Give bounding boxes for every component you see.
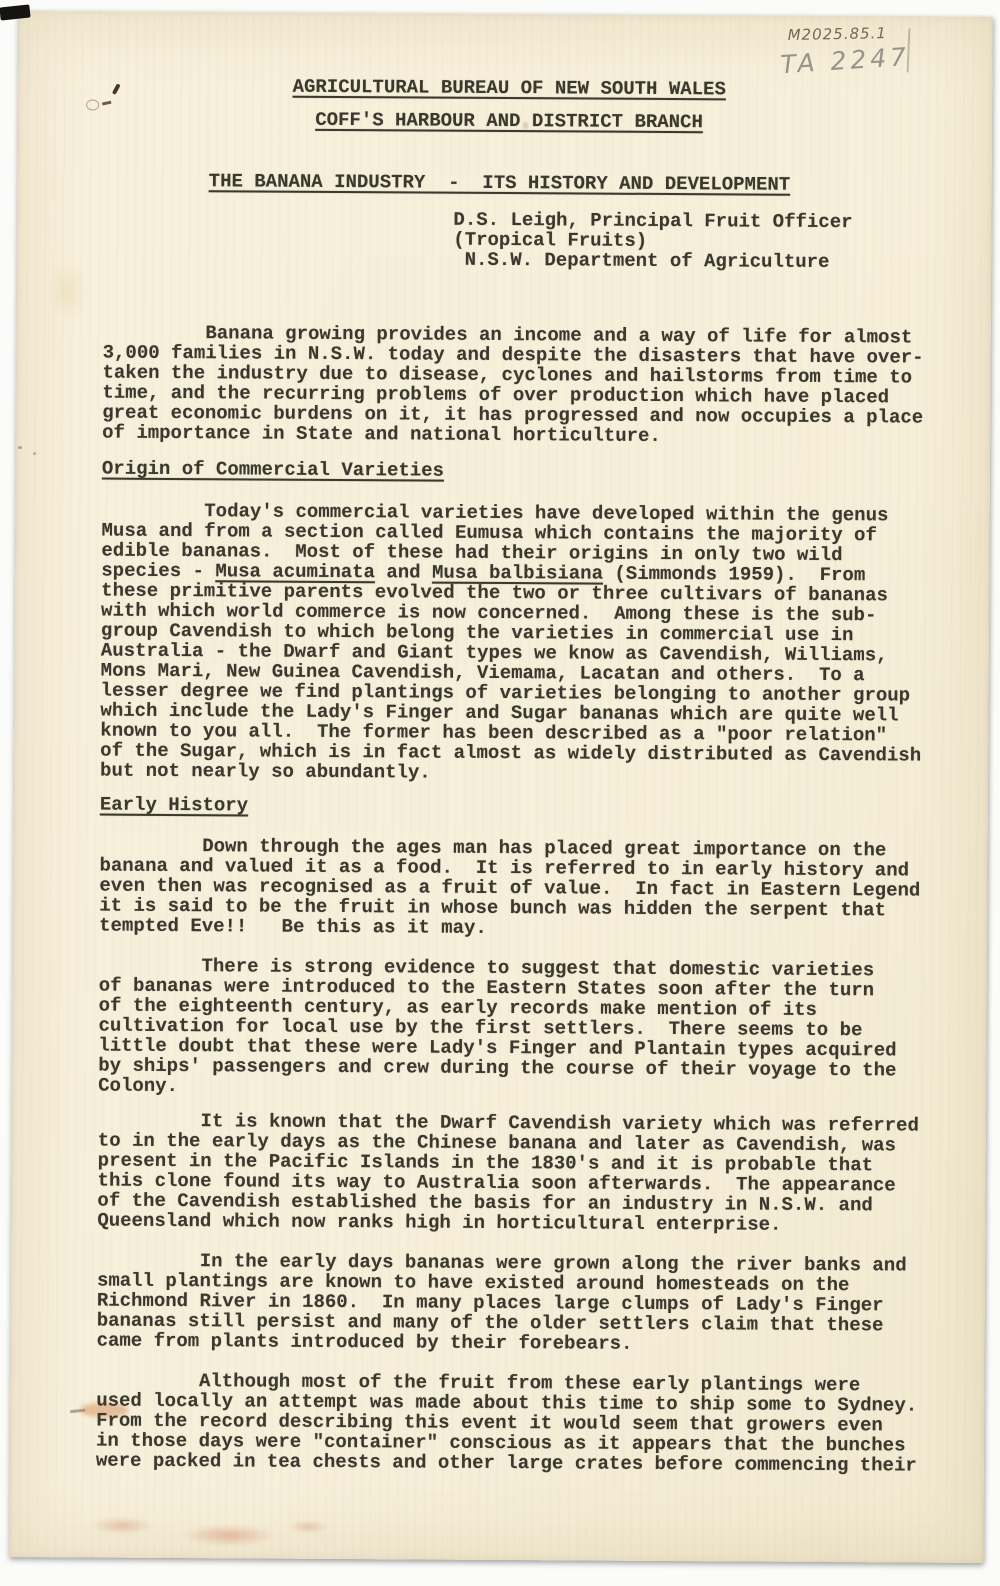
paragraph-intro: Banana growing provides an income and a … — [102, 323, 953, 448]
scan-background: { "annotations": { "catalog_number": "M2… — [0, 0, 1000, 1586]
paragraph-early-history-2: There is strong evidence to suggest that… — [98, 956, 949, 1101]
paragraph-origin-text: (Simmonds 1959). From these primitive pa… — [100, 563, 921, 784]
paragraph-early-history-1: Down through the ages man has placed gre… — [99, 836, 950, 941]
author-byline: D.S. Leigh, Principal Fruit Officer (Tro… — [453, 210, 953, 273]
organisation-name: AGRICULTURAL BUREAU OF NEW SOUTH WALES — [104, 76, 914, 101]
section-heading-origin-text: Origin of Commercial Varieties — [102, 458, 444, 482]
paragraph-origin-text: and — [375, 561, 432, 583]
document-content: AGRICULTURAL BUREAU OF NEW SOUTH WALES C… — [10, 11, 993, 1476]
paragraph-early-history-4: In the early days bananas were grown alo… — [97, 1251, 948, 1356]
red-smudge — [91, 1517, 153, 1535]
document-page: M2025.85.1 TA 2247 AGRICULTURAL BUREAU O… — [9, 11, 992, 1563]
document-header: AGRICULTURAL BUREAU OF NEW SOUTH WALES C… — [104, 76, 914, 134]
paragraph-early-history-3: It is known that the Dwarf Cavendish var… — [97, 1111, 948, 1236]
red-smudge — [287, 1520, 329, 1534]
branch-name: COFF'S HARBOUR AND DISTRICT BRANCH — [104, 109, 914, 134]
paragraph-early-history-5: Although most of the fruit from these ea… — [96, 1371, 947, 1476]
document-title-text: THE BANANA INDUSTRY - ITS HISTORY AND DE… — [209, 170, 791, 196]
section-heading-early-history-text: Early History — [100, 794, 248, 817]
branch-name-text: COFF'S HARBOUR AND DISTRICT BRANCH — [315, 109, 703, 133]
organisation-name-text: AGRICULTURAL BUREAU OF NEW SOUTH WALES — [293, 76, 726, 101]
paragraph-origin: Today's commercial varieties have develo… — [100, 501, 952, 786]
red-smudge — [181, 1524, 276, 1547]
section-heading-early-history: Early History — [100, 795, 950, 820]
section-heading-origin: Origin of Commercial Varieties — [102, 459, 952, 484]
document-title: THE BANANA INDUSTRY - ITS HISTORY AND DE… — [209, 171, 954, 196]
